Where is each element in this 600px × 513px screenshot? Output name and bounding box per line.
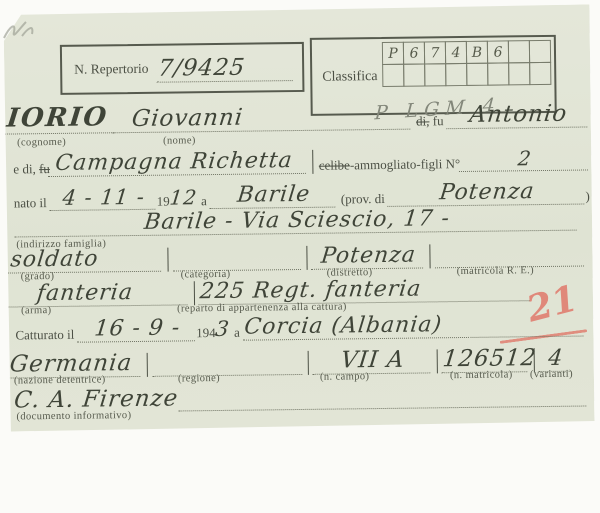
divider <box>308 351 309 375</box>
classifica-cell: 6 <box>487 40 509 63</box>
di-struck: di, <box>416 113 430 128</box>
repertorio-value: 7/9425 <box>157 54 296 83</box>
capture-place-value: Corcia (Albania) <box>242 312 471 341</box>
a-printed: a <box>234 325 240 341</box>
matricola-camp-label: (n. matricola) <box>450 369 513 381</box>
grado-value: soldato <box>5 246 164 274</box>
campo-value: VII A <box>312 346 433 374</box>
surname-label: (cognome) <box>17 137 66 149</box>
line4-address-row: Barile - Via Sciescio, 17 - <box>16 205 578 238</box>
marital-status-printed: celibe-ammogliato-figli N° <box>319 156 460 174</box>
scanned-pow-index-card-page: { "card": { "repertorio": { "label": "N.… <box>0 0 600 513</box>
classifica-cell <box>382 64 404 87</box>
birth-year-value: 12 <box>168 185 198 209</box>
family-address-value: Barile - Via Sciescio, 17 - <box>15 205 580 238</box>
regione-label: (regione) <box>178 373 220 385</box>
prov-close-printed: ) <box>585 188 590 204</box>
e-di-printed: e di, fu <box>5 161 50 178</box>
line7-capture-row: Catturato il 16 - 9 - 194 3 a Corcia (Al… <box>7 310 591 343</box>
divider <box>194 281 195 305</box>
arma-label: (arma) <box>21 305 52 316</box>
classifica-cell <box>508 62 530 85</box>
marital-rest: -ammogliato-figli N° <box>350 156 460 172</box>
di-fu-printed: di, fu <box>416 113 444 129</box>
varianti-label: (varianti) <box>530 369 573 381</box>
repertorio-label: N. Repertorio <box>74 61 148 78</box>
repertorio-box: N. Repertorio 7/9425 <box>60 42 305 95</box>
classifica-cell <box>529 62 551 85</box>
classifica-cell: B <box>466 41 488 64</box>
divider <box>429 244 430 268</box>
capture-year-value: 3 <box>214 317 231 341</box>
classifica-cell <box>445 63 467 86</box>
classifica-cell: 7 <box>424 41 446 64</box>
line2-mother-row: e di, fu Campagna Richetta celibe-ammogl… <box>5 144 589 177</box>
classifica-cell <box>403 63 425 86</box>
father-name-value: Antonio <box>446 100 590 129</box>
catturato-il-printed: Catturato il <box>7 327 74 344</box>
classifica-grid: P 6 7 4 B 6 <box>383 41 552 87</box>
documento-label: (documento informativo) <box>16 410 131 422</box>
reparto-value: 225 Regt. fanteria <box>198 275 532 305</box>
classifica-cell <box>466 63 488 86</box>
divider <box>437 349 438 373</box>
surname-value: IORIO <box>3 102 116 134</box>
documento-value: C. A. Firenze <box>7 385 180 413</box>
classifica-cell <box>508 40 530 63</box>
name-label: (nome) <box>163 135 196 146</box>
campo-label: (n. campo) <box>320 371 370 383</box>
celibe-struck: celibe <box>319 157 350 172</box>
arma-value: fanteria <box>5 279 190 307</box>
classifica-cell <box>424 63 446 86</box>
province-value: Potenza <box>387 178 586 206</box>
trailing-dotted-line <box>470 326 584 338</box>
pow-index-card: N. Repertorio 7/9425 Classifica P 6 7 4 … <box>3 4 594 431</box>
classifica-cell: P <box>382 42 404 65</box>
classifica-cell: 4 <box>445 41 467 64</box>
e-di-kept: e di, <box>13 161 36 176</box>
divider <box>167 248 168 272</box>
birth-day-value: 4 - 11 - <box>49 185 158 211</box>
a-printed: a <box>201 193 207 209</box>
capture-date-value: 16 - 9 - <box>77 315 198 342</box>
divider <box>147 353 148 377</box>
nazione-label: (nazione detentrice) <box>14 374 106 386</box>
birthplace-value: Barile <box>209 182 338 210</box>
name-value: Giovanni <box>113 103 414 134</box>
classifica-cell <box>529 40 551 63</box>
fu-kept: fu <box>433 113 444 128</box>
divider <box>313 150 314 174</box>
children-count-value: 2 <box>459 145 591 172</box>
classifica-label: Classifica <box>322 69 377 86</box>
classifica-grid-row2 <box>383 63 551 87</box>
reparto-label: (reparto di appartenenza alla cattura) <box>177 301 347 314</box>
pencil-scribble <box>0 8 70 50</box>
classifica-cell <box>487 62 509 85</box>
printed-194: 194 <box>196 325 216 341</box>
regione-value <box>152 364 303 377</box>
trailing-dotted-line <box>178 396 586 412</box>
prov-open-printed: (prov. di <box>341 191 385 208</box>
distretto-value: Potenza <box>311 242 426 269</box>
line1-name-row: IORIO Giovanni di, fu Antonio <box>5 96 589 134</box>
nato-il-printed: nato il <box>6 195 47 211</box>
mother-name-value: Campagna Richetta <box>48 148 309 177</box>
divider <box>306 246 307 270</box>
classifica-cell: 6 <box>403 41 425 64</box>
